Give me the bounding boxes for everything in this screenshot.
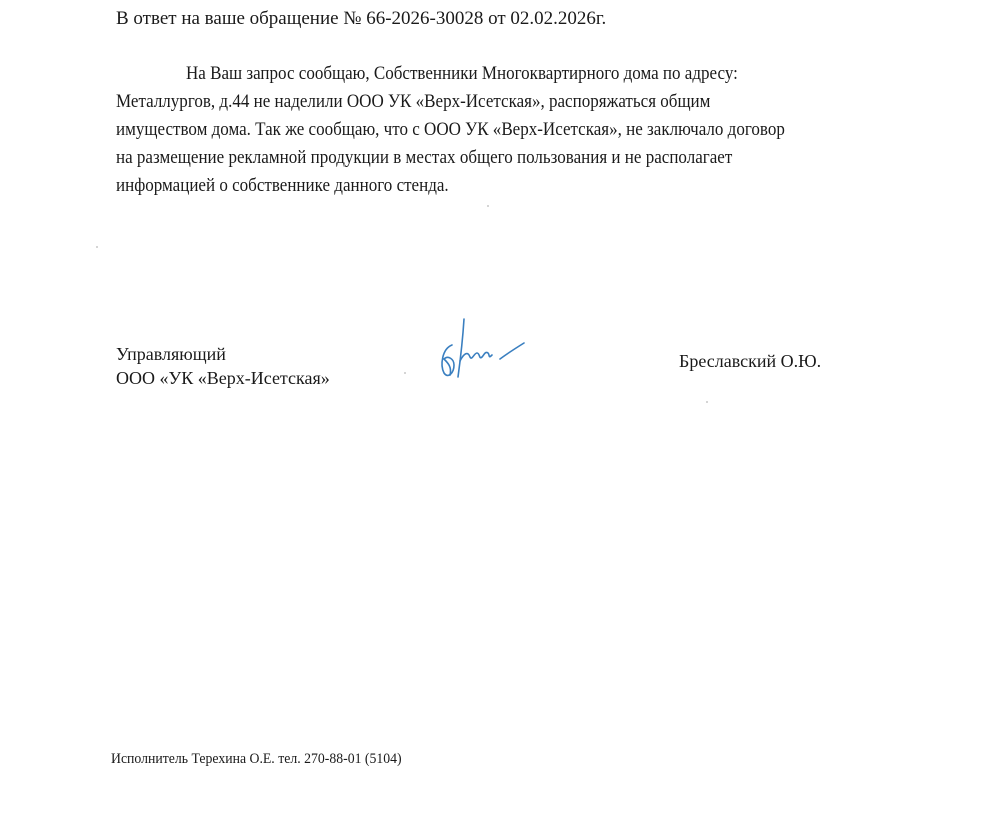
body-line: информацией о собственнике данного стенд… [116,177,449,196]
signatory-name: Бреславский О.Ю. [679,352,821,370]
body-line: имуществом дома. Так же сообщаю, что с О… [116,121,785,140]
signatory-position: Управляющий [116,345,226,363]
scan-speck [706,401,708,403]
body-line: на размещение рекламной продукции в мест… [116,149,732,168]
scan-speck [96,246,98,248]
scan-speck [404,372,406,374]
executor-contact-line: Исполнитель Терехина О.Е. тел. 270-88-01… [111,751,402,768]
handwritten-signature-icon [430,315,530,385]
reference-line: В ответ на ваше обращение № 66-2026-3002… [116,9,606,28]
body-line: Металлургов, д.44 не наделили ООО УК «Ве… [116,93,710,112]
scan-speck [487,205,489,207]
body-line: На Ваш запрос сообщаю, Собственники Мног… [186,65,738,84]
signatory-organization: ООО «УК «Верх-Исетская» [116,369,330,387]
